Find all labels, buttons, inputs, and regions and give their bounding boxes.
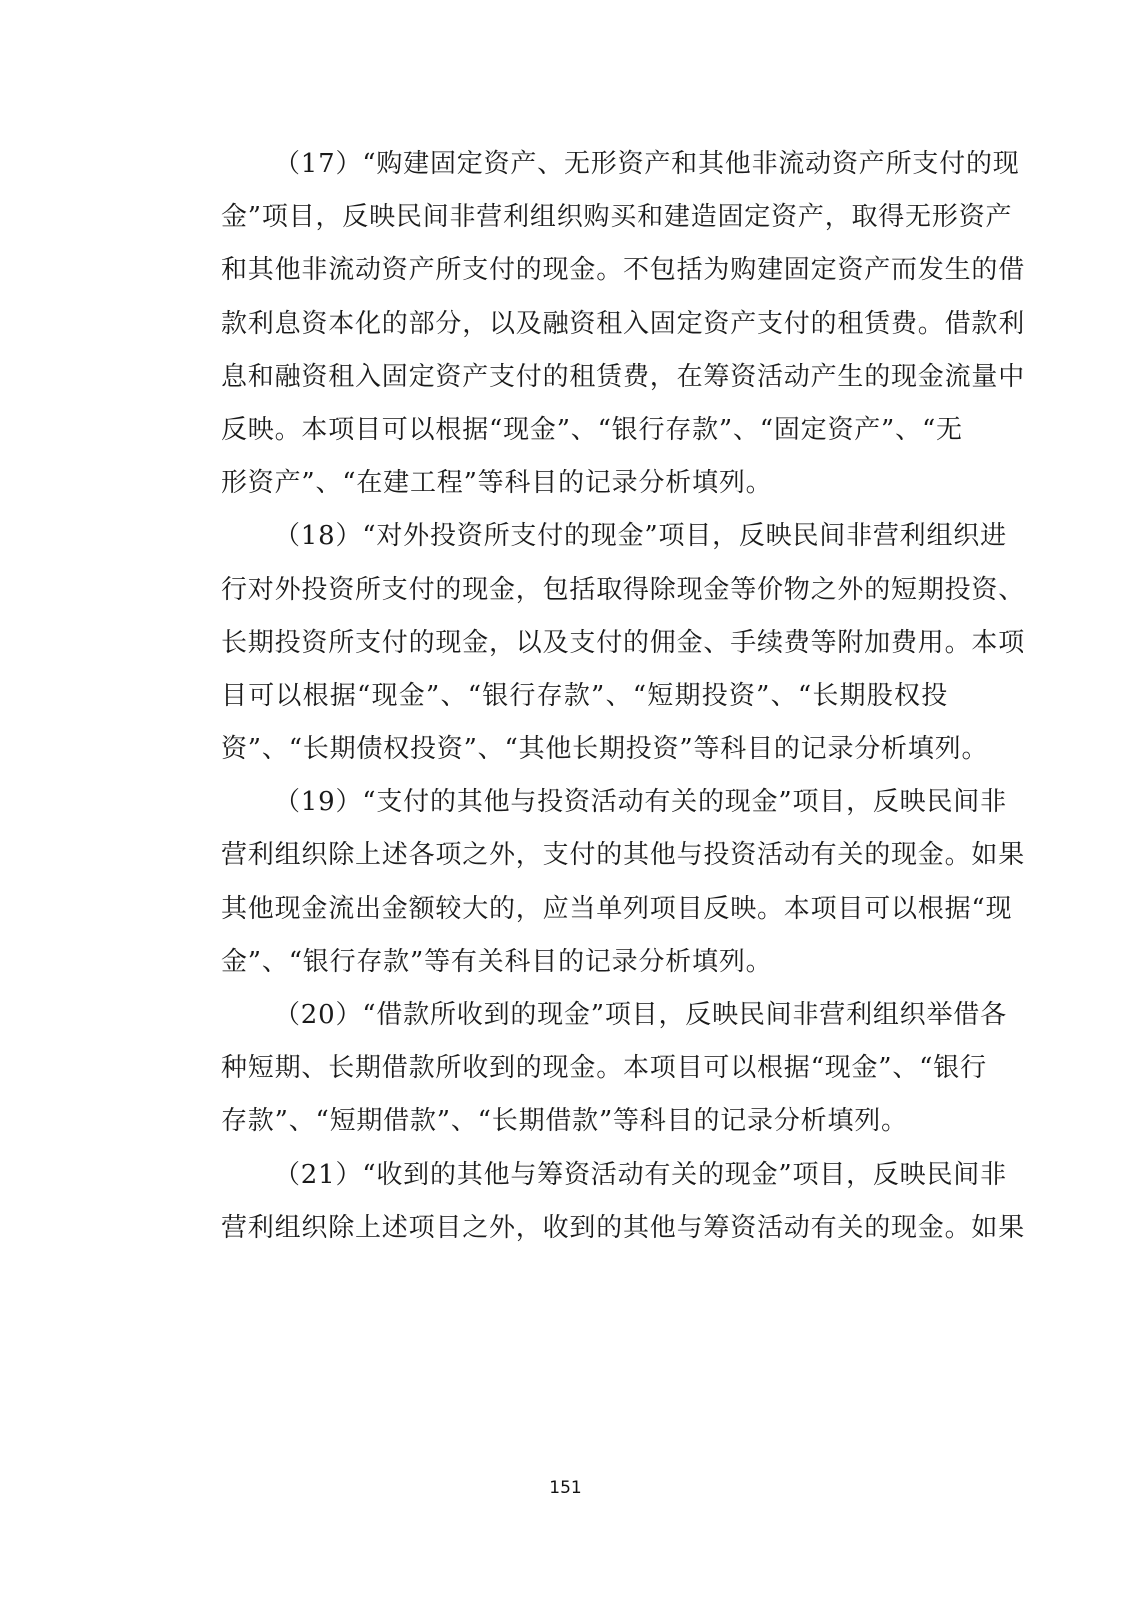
text-line: 款利息资本化的部分，以及融资租入固定资产支付的租赁费。借款利 [168, 298, 948, 351]
text-line: 行对外投资所支付的现金，包括取得除现金等价物之外的短期投资、 [168, 564, 948, 617]
text-line: （21）“收到的其他与筹资活动有关的现金”项目，反映民间非 [168, 1149, 948, 1202]
paragraph-item-21: （21）“收到的其他与筹资活动有关的现金”项目，反映民间非 营利组织除上述项目之… [168, 1149, 948, 1255]
paragraph-item-17: （17）“购建固定资产、无形资产和其他非流动资产所支付的现 金”项目，反映民间非… [168, 138, 948, 510]
text-line: （18）“对外投资所支付的现金”项目，反映民间非营利组织进 [168, 510, 948, 563]
text-line: 营利组织除上述项目之外，收到的其他与筹资活动有关的现金。如果 [168, 1202, 948, 1255]
document-page: （17）“购建固定资产、无形资产和其他非流动资产所支付的现 金”项目，反映民间非… [168, 138, 948, 1255]
text-line: 和其他非流动资产所支付的现金。不包括为购建固定资产而发生的借 [168, 244, 948, 297]
text-line: 长期投资所支付的现金，以及支付的佣金、手续费等附加费用。本项 [168, 617, 948, 670]
text-line: 金”、“银行存款”等有关科目的记录分析填列。 [168, 936, 948, 989]
text-line: 资”、“长期债权投资”、“其他长期投资”等科目的记录分析填列。 [168, 723, 948, 776]
text-line: 金”项目，反映民间非营利组织购买和建造固定资产，取得无形资产 [168, 191, 948, 244]
paragraph-item-18: （18）“对外投资所支付的现金”项目，反映民间非营利组织进 行对外投资所支付的现… [168, 510, 948, 776]
text-line: 种短期、长期借款所收到的现金。本项目可以根据“现金”、“银行 [168, 1042, 948, 1095]
page-number: 151 [0, 1478, 1131, 1498]
text-line: 息和融资租入固定资产支付的租赁费，在筹资活动产生的现金流量中 [168, 351, 948, 404]
text-line: （17）“购建固定资产、无形资产和其他非流动资产所支付的现 [168, 138, 948, 191]
text-line: 目可以根据“现金”、“银行存款”、“短期投资”、“长期股权投 [168, 670, 948, 723]
paragraph-item-19: （19）“支付的其他与投资活动有关的现金”项目，反映民间非 营利组织除上述各项之… [168, 776, 948, 989]
text-line: 其他现金流出金额较大的，应当单列项目反映。本项目可以根据“现 [168, 883, 948, 936]
text-line: （19）“支付的其他与投资活动有关的现金”项目，反映民间非 [168, 776, 948, 829]
text-line: 营利组织除上述各项之外，支付的其他与投资活动有关的现金。如果 [168, 829, 948, 882]
paragraph-item-20: （20）“借款所收到的现金”项目，反映民间非营利组织举借各 种短期、长期借款所收… [168, 989, 948, 1149]
text-line: （20）“借款所收到的现金”项目，反映民间非营利组织举借各 [168, 989, 948, 1042]
text-line: 反映。本项目可以根据“现金”、“银行存款”、“固定资产”、“无 [168, 404, 948, 457]
text-line: 存款”、“短期借款”、“长期借款”等科目的记录分析填列。 [168, 1095, 948, 1148]
text-line: 形资产”、“在建工程”等科目的记录分析填列。 [168, 457, 948, 510]
